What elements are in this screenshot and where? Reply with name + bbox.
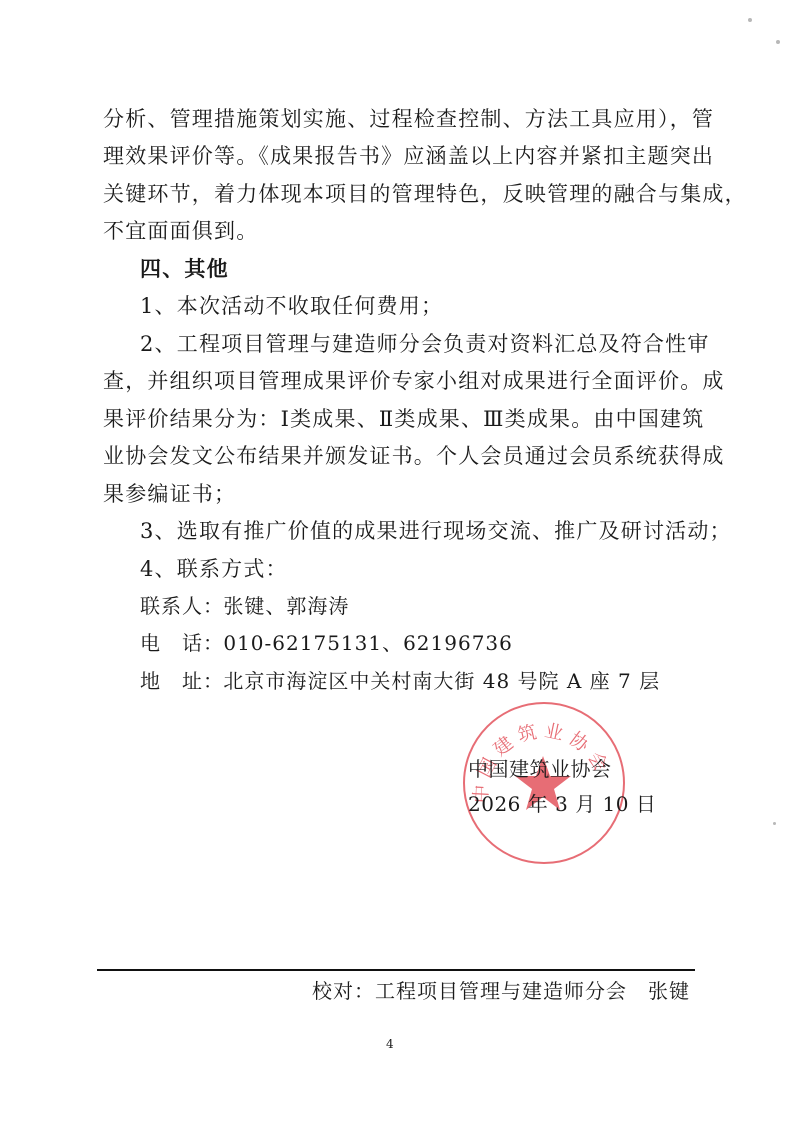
paragraph-line: 分析、管理措施策划实施、过程检查控制、方法工具应用），管 xyxy=(103,106,693,132)
list-item-2-line: 2、工程项目管理与建造师分会负责对资料汇总及符合性审 xyxy=(140,331,693,357)
list-item-1: 1、本次活动不收取任何费用； xyxy=(140,293,693,319)
contact-person-value: 张键、郭海涛 xyxy=(223,594,349,618)
section-heading: 四、其他 xyxy=(140,256,693,282)
list-item-2-line: 业协会发文公布结果并颁发证书。个人会员通过会员系统获得成 xyxy=(103,443,693,469)
contact-person-label: 联系人： xyxy=(140,593,216,619)
proofread-line: 校对：工程项目管理与建造师分会 张键 xyxy=(312,978,690,1004)
paragraph-line: 关键环节，着力体现本项目的管理特色，反映管理的融合与集成， xyxy=(103,181,693,207)
list-item-2-line: 果参编证书； xyxy=(103,481,693,507)
list-item-2-line: 查，并组织项目管理成果评价专家小组对成果进行全面评价。成 xyxy=(103,368,693,394)
scan-speck xyxy=(773,822,776,825)
contact-person-row: 联系人： 张键、郭海涛 xyxy=(140,593,349,619)
paragraph-line: 理效果评价等。《成果报告书》应涵盖以上内容并紧扣主题突出 xyxy=(103,143,693,169)
contact-address-value: 北京市海淀区中关村南大街 48 号院 A 座 7 层 xyxy=(223,669,660,693)
official-seal-stamp: 中国建筑业协会 xyxy=(463,702,625,864)
signature-organization: 中国建筑业协会 xyxy=(468,757,612,781)
contact-phone-value: 010-62175131、62196736 xyxy=(223,631,513,655)
list-item-2-line: 果评价结果分为：Ⅰ类成果、Ⅱ类成果、Ⅲ类成果。由中国建筑 xyxy=(103,406,693,432)
contact-phone-label: 电 话： xyxy=(140,630,216,656)
page-number: 4 xyxy=(386,1036,394,1052)
contact-phone-row: 电 话： 010-62175131、62196736 xyxy=(140,630,513,656)
footer-divider xyxy=(97,969,695,971)
signature-date: 2026 年 3 月 10 日 xyxy=(468,792,656,816)
contact-address-label: 地 址： xyxy=(140,668,216,694)
scan-speck xyxy=(776,40,780,44)
paragraph-line: 不宜面面俱到。 xyxy=(103,218,693,244)
list-item-4: 4、联系方式： xyxy=(140,556,693,582)
list-item-3: 3、选取有推广价值的成果进行现场交流、推广及研讨活动； xyxy=(140,518,693,544)
scan-speck xyxy=(748,18,752,22)
contact-address-row: 地 址： 北京市海淀区中关村南大街 48 号院 A 座 7 层 xyxy=(140,668,660,694)
document-page: 分析、管理措施策划实施、过程检查控制、方法工具应用），管 理效果评价等。《成果报… xyxy=(0,0,794,1123)
